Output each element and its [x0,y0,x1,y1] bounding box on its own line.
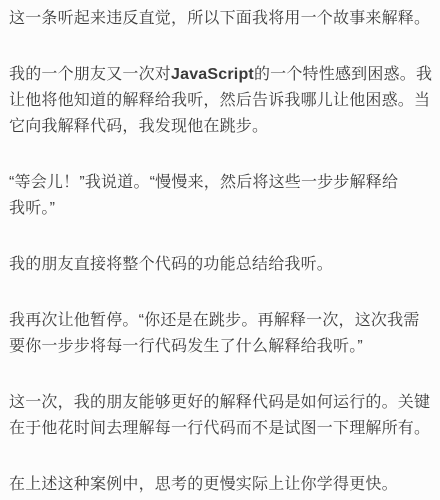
text-line: 它向我解释代码，我发现他在跳步。 [9,114,431,140]
text-line: “等会儿！”我说道。“慢慢来，然后将这些一步步解释给 [9,170,431,196]
paragraph: 这一次，我的朋友能够更好的解释代码是如何运行的。关键 在于他花时间去理解每一行代… [9,390,431,442]
paragraph: 在上述这种案例中，思考的更慢实际上让你学得更快。 [9,472,431,498]
paragraph: 我再次让他暂停。“你还是在跳步。再解释一次，这次我需 要你一步步将每一行代码发生… [9,308,431,360]
text-line: 我听。” [9,196,431,222]
text-line: 这一条听起来违反直觉，所以下面我将用一个故事来解释。 [9,6,431,32]
text-line: 要你一步步将每一行代码发生了什么解释给我听。” [9,334,431,360]
text-line: 在上述这种案例中，思考的更慢实际上让你学得更快。 [9,472,431,498]
text-line: 我再次让他暂停。“你还是在跳步。再解释一次，这次我需 [9,308,431,334]
text-line: 我的朋友直接将整个代码的功能总结给我听。 [9,252,431,278]
paragraph: 这一条听起来违反直觉，所以下面我将用一个故事来解释。 [9,6,431,32]
paragraph: “等会儿！”我说道。“慢慢来，然后将这些一步步解释给 我听。” [9,170,431,222]
text-line: 这一次，我的朋友能够更好的解释代码是如何运行的。关键 [9,390,431,416]
paragraph: 我的一个朋友又一次对JavaScript的一个特性感到困惑。我 让他将他知道的解… [9,62,431,140]
article-body: 这一条听起来违反直觉，所以下面我将用一个故事来解释。 我的一个朋友又一次对Jav… [0,0,440,498]
text-line: 在于他花时间去理解每一行代码而不是试图一下理解所有。 [9,416,431,442]
text-line: 我的一个朋友又一次对JavaScript的一个特性感到困惑。我 [9,62,431,88]
paragraph: 我的朋友直接将整个代码的功能总结给我听。 [9,252,431,278]
text-line: 让他将他知道的解释给我听，然后告诉我哪儿让他困惑。当 [9,88,431,114]
